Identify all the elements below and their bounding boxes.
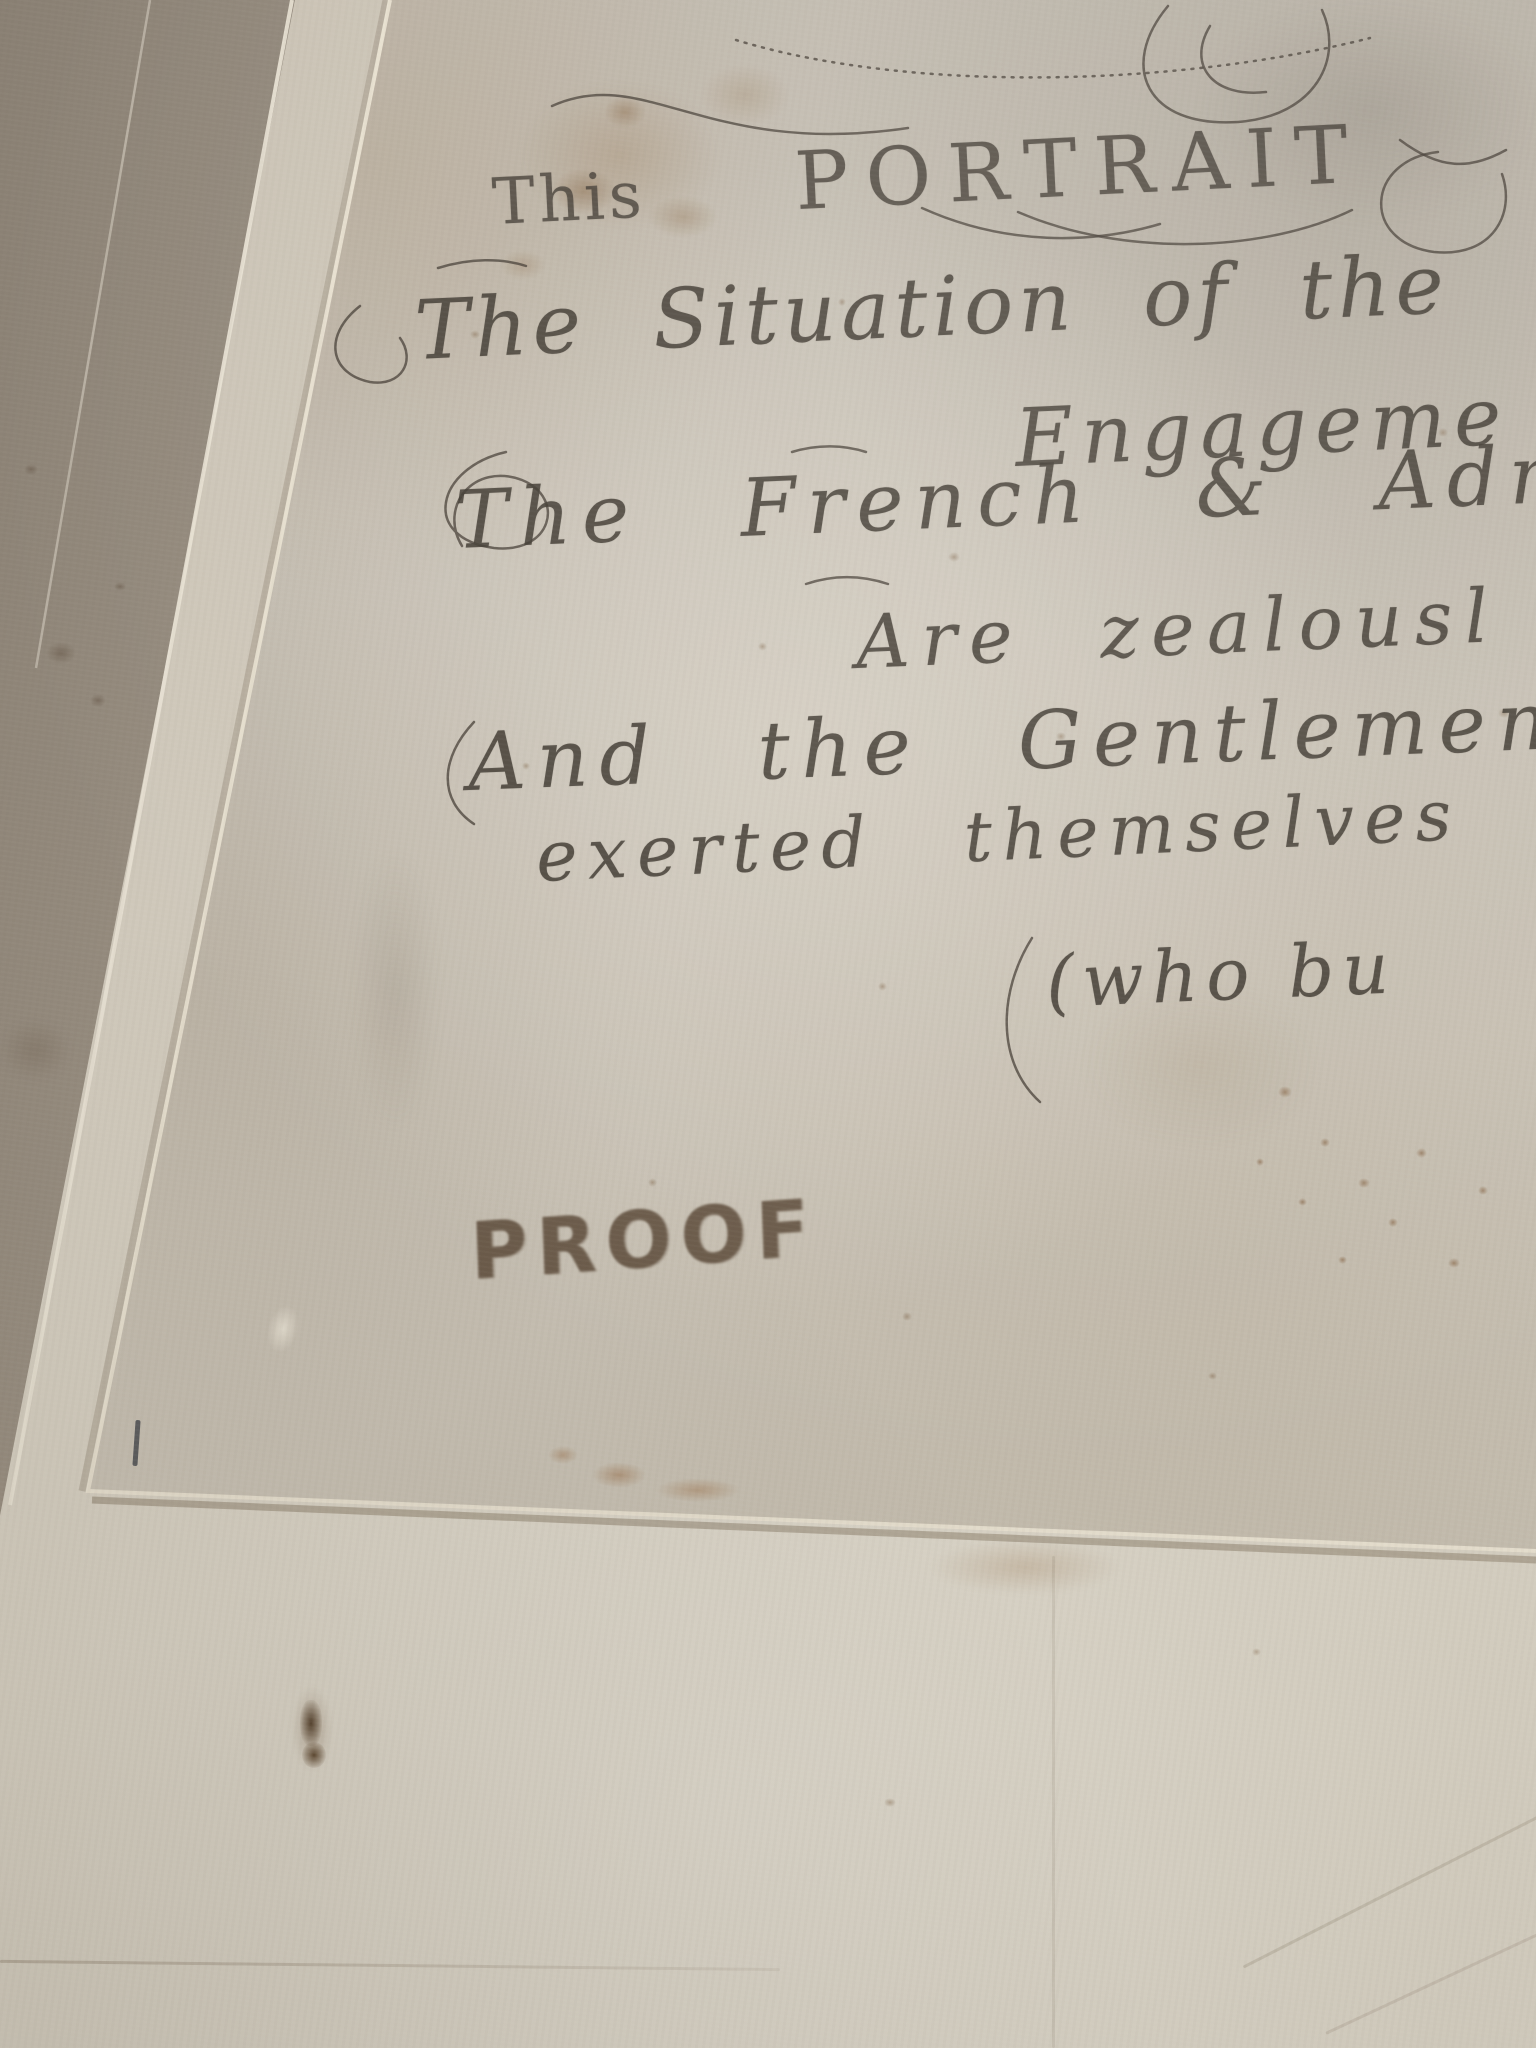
- title-prefix: This: [491, 159, 648, 240]
- flourish-tick: [792, 446, 866, 452]
- flourish-dotted-arc: [736, 38, 1370, 77]
- flourish-tick: [438, 260, 526, 268]
- flourish-right-curl: [1400, 140, 1506, 164]
- flourish-tick: [806, 577, 888, 584]
- flourish-inner-curl: [1201, 26, 1266, 93]
- flourish-wave: [552, 95, 908, 134]
- script-line-7: (who bu: [1044, 925, 1398, 1024]
- flourish-lead-paren: [1007, 938, 1040, 1102]
- photo-of-antique-engraving: { "engraving": { "title": { "prefix": "T…: [0, 0, 1536, 2048]
- flourish-lead-curl: [335, 306, 406, 383]
